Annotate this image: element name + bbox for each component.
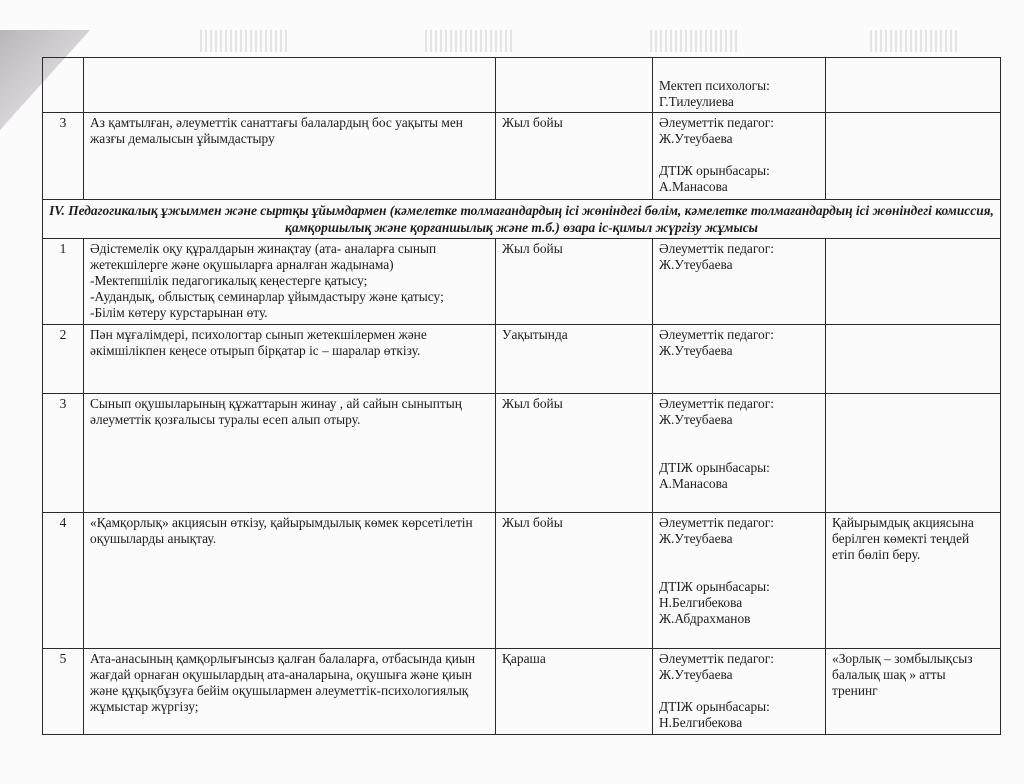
responsible-role: ДТІЖ орынбасары: [659,163,819,179]
responsible-role: Әлеуметтік педагог: [659,396,819,412]
responsible-cell: Әлеуметтік педагог: Ж.Утеубаева [653,325,826,394]
activity-cell [84,58,496,113]
responsible-person: Ж.Утеубаева [659,531,819,547]
section-header-row: IV. Педагогикалық ұжыммен және сыртқы ұй… [43,200,1001,239]
responsible-person: Н.Белгибекова [659,715,819,731]
responsible-cell: Әлеуметтік педагог: Ж.Утеубаева ДТІЖ оры… [653,513,826,649]
result-cell [826,113,1001,200]
timing-cell: Қараша [496,649,653,735]
table-row-continuation: Мектеп психологы: Г.Тилеулиева [43,58,1001,113]
result-cell [826,394,1001,513]
table-row: 2 Пән мұғалімдері, психологтар сынып жет… [43,325,1001,394]
table-row: 1 Әдістемелік оқу құралдарын жинақтау (а… [43,239,1001,325]
result-cell: «Зорлық – зомбылықсыз балалық шақ » атты… [826,649,1001,735]
print-bleed-mark [870,30,960,52]
activity-line: «Қамқорлық» акциясын өткізу, қайырымдылы… [90,515,489,547]
responsible-person: Г.Тилеулиева [659,94,819,110]
responsible-person: Ж.Утеубаева [659,667,819,683]
responsible-cell: Мектеп психологы: Г.Тилеулиева [653,58,826,113]
activity-line: -Аудандық, облыстық семинарлар ұйымдасты… [90,289,489,305]
result-cell: Қайырымдық акциясына берілген көмекті те… [826,513,1001,649]
responsible-cell: Әлеуметтік педагог: Ж.Утеубаева ДТІЖ оры… [653,113,826,200]
row-number: 1 [43,239,84,325]
activity-line: Әдістемелік оқу құралдарын жинақтау (ата… [90,241,489,273]
result-cell [826,58,1001,113]
row-number: 5 [43,649,84,735]
responsible-role: Әлеуметтік педагог: [659,115,819,131]
timing-cell [496,58,653,113]
timing-cell: Уақытында [496,325,653,394]
responsible-person: Н.Белгибекова [659,595,819,611]
activity-cell: Әдістемелік оқу құралдарын жинақтау (ата… [84,239,496,325]
result-cell [826,325,1001,394]
activity-line: -Білім көтеру курстарынан өту. [90,305,489,321]
activity-cell: Пән мұғалімдері, психологтар сынып жетек… [84,325,496,394]
timing-cell: Жыл бойы [496,113,653,200]
responsible-role: Әлеуметтік педагог: [659,651,819,667]
print-bleed-mark [200,30,290,52]
table-row: 3 Аз қамтылған, әлеуметтік санаттағы бал… [43,113,1001,200]
responsible-person: Ж.Утеубаева [659,343,819,359]
responsible-person: А.Манасова [659,179,819,195]
responsible-role: ДТІЖ орынбасары: [659,579,819,595]
table-row: 5 Ата-анасының қамқорлығынсыз қалған бал… [43,649,1001,735]
responsible-role: Әлеуметтік педагог: [659,515,819,531]
activity-line: Ата-анасының қамқорлығынсыз қалған балал… [90,651,489,715]
row-number: 3 [43,394,84,513]
result-text: «Зорлық – зомбылықсыз балалық шақ » атты… [832,651,994,699]
work-plan-table: Мектеп психологы: Г.Тилеулиева 3 Аз қамт… [42,57,1001,735]
responsible-cell: Әлеуметтік педагог: Ж.Утеубаева ДТІЖ оры… [653,649,826,735]
responsible-role: Мектеп психологы: [659,78,819,94]
activity-cell: Сынып оқушыларының құжаттарын жинау , ай… [84,394,496,513]
activity-line: Сынып оқушыларының құжаттарын жинау , ай… [90,396,489,428]
responsible-person: Ж.Утеубаева [659,257,819,273]
row-number: 3 [43,113,84,200]
responsible-role: Әлеуметтік педагог: [659,327,819,343]
table-row: 3 Сынып оқушыларының құжаттарын жинау , … [43,394,1001,513]
print-bleed-mark [650,30,740,52]
section-iv-title: IV. Педагогикалық ұжыммен және сыртқы ұй… [43,200,1001,239]
result-text: Қайырымдық акциясына берілген көмекті те… [832,515,994,563]
timing-cell: Жыл бойы [496,513,653,649]
row-number: 4 [43,513,84,649]
timing-cell: Жыл бойы [496,239,653,325]
responsible-cell: Әлеуметтік педагог: Ж.Утеубаева [653,239,826,325]
responsible-cell: Әлеуметтік педагог: Ж.Утеубаева ДТІЖ оры… [653,394,826,513]
row-number [43,58,84,113]
table-row: 4 «Қамқорлық» акциясын өткізу, қайырымды… [43,513,1001,649]
responsible-person: Ж.Абдрахманов [659,611,819,627]
responsible-role: Әлеуметтік педагог: [659,241,819,257]
activity-cell: «Қамқорлық» акциясын өткізу, қайырымдылы… [84,513,496,649]
print-bleed-mark [425,30,515,52]
responsible-role: ДТІЖ орынбасары: [659,699,819,715]
responsible-role: ДТІЖ орынбасары: [659,460,819,476]
responsible-person: А.Манасова [659,476,819,492]
row-number: 2 [43,325,84,394]
responsible-person: Ж.Утеубаева [659,131,819,147]
timing-cell: Жыл бойы [496,394,653,513]
scanned-page: Мектеп психологы: Г.Тилеулиева 3 Аз қамт… [0,0,1024,784]
activity-cell: Аз қамтылған, әлеуметтік санаттағы балал… [84,113,496,200]
result-cell [826,239,1001,325]
activity-cell: Ата-анасының қамқорлығынсыз қалған балал… [84,649,496,735]
activity-line: -Мектепшілік педагогикалық кеңестерге қа… [90,273,489,289]
responsible-person: Ж.Утеубаева [659,412,819,428]
activity-line: Пән мұғалімдері, психологтар сынып жетек… [90,327,489,359]
